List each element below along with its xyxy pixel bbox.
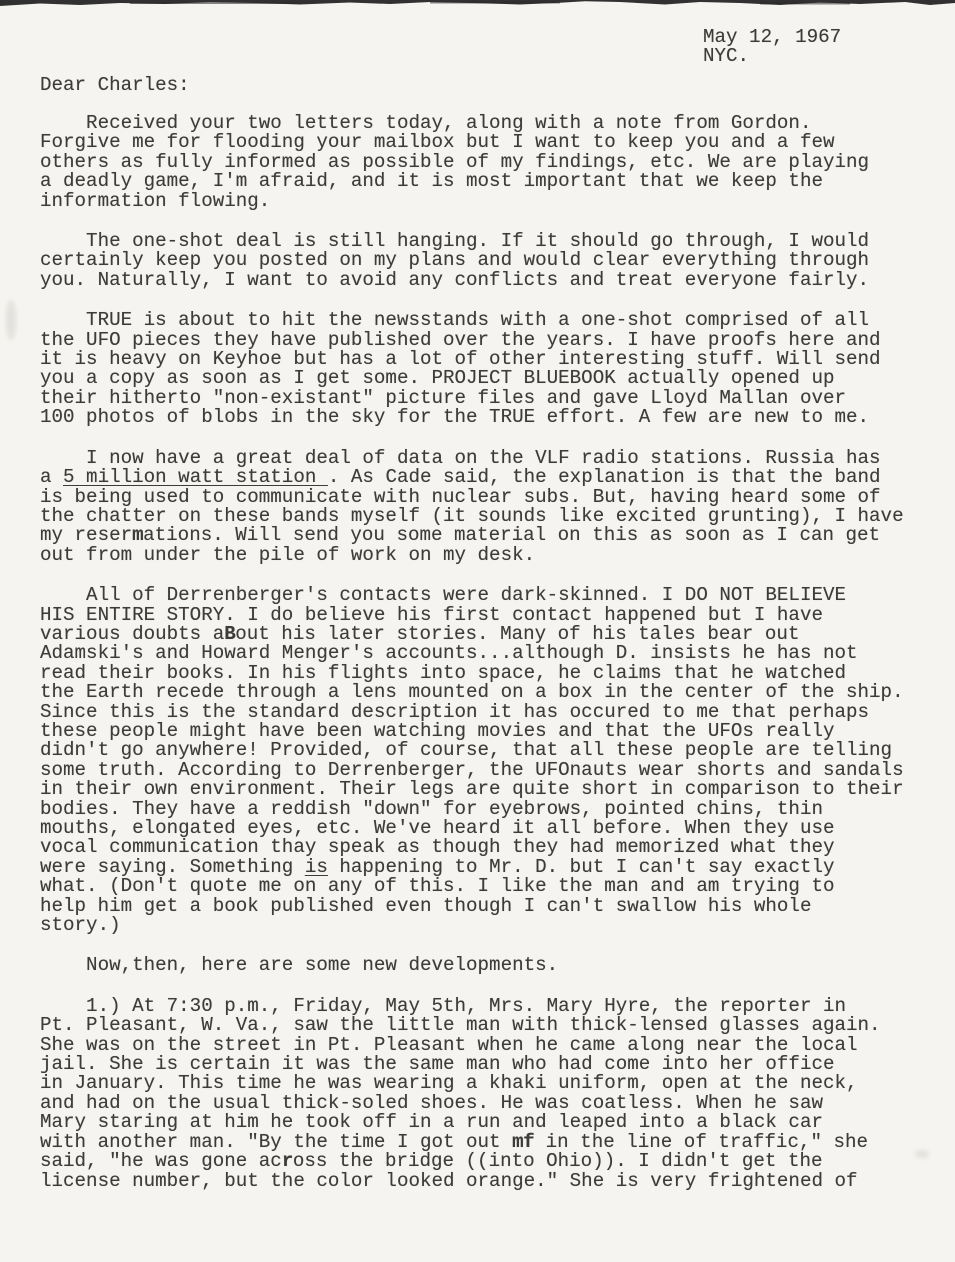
letter-page: { "colors": { "paper": "#f5f4f0", "ink":… (0, 0, 955, 1262)
text-segment: 100 photos of blobs in the sky for the T… (40, 406, 869, 428)
letter-content: May 12, 1967 NYC. Dear Charles: Received… (0, 0, 955, 1262)
salutation: Dear Charles: (40, 76, 190, 95)
paragraph: Now,then, here are some new developments… (40, 956, 940, 975)
letter-body: Received your two letters today, along w… (40, 114, 940, 1212)
text-line: 100 photos of blobs in the sky for the T… (40, 408, 940, 427)
text-line: information flowing. (40, 192, 940, 211)
paragraph: All of Derrenberger's contacts were dark… (40, 586, 940, 935)
paragraph: I now have a great deal of data on the V… (40, 449, 940, 565)
text-line: story.) (40, 916, 940, 935)
paragraph: Received your two letters today, along w… (40, 114, 940, 211)
paragraph: 1.) At 7:30 p.m., Friday, May 5th, Mrs. … (40, 997, 940, 1191)
text-line: out from under the pile of work on my de… (40, 546, 940, 565)
date-block: May 12, 1967 NYC. (703, 28, 841, 67)
text-line: license number, but the color looked ora… (40, 1172, 940, 1191)
text-line: Now,then, here are some new developments… (40, 956, 940, 975)
text-segment: you. Naturally, I want to avoid any conf… (40, 269, 869, 291)
paper-smudge (6, 300, 16, 340)
text-line: you. Naturally, I want to avoid any conf… (40, 271, 940, 290)
text-segment: Now,then, here are some new developments… (40, 954, 558, 976)
text-segment: story.) (40, 914, 121, 936)
text-line: help him get a book published even thoug… (40, 897, 940, 916)
text-segment: out from under the pile of work on my de… (40, 544, 535, 566)
text-segment: help him get a book published even thoug… (40, 895, 811, 917)
paragraph: The one-shot deal is still hanging. If i… (40, 232, 940, 290)
text-segment: information flowing. (40, 190, 270, 212)
paragraph: TRUE is about to hit the newsstands with… (40, 311, 940, 427)
text-segment: license number, but the color looked ora… (40, 1170, 858, 1192)
city-line: NYC. (703, 47, 841, 66)
paper-smudge (915, 1150, 929, 1158)
